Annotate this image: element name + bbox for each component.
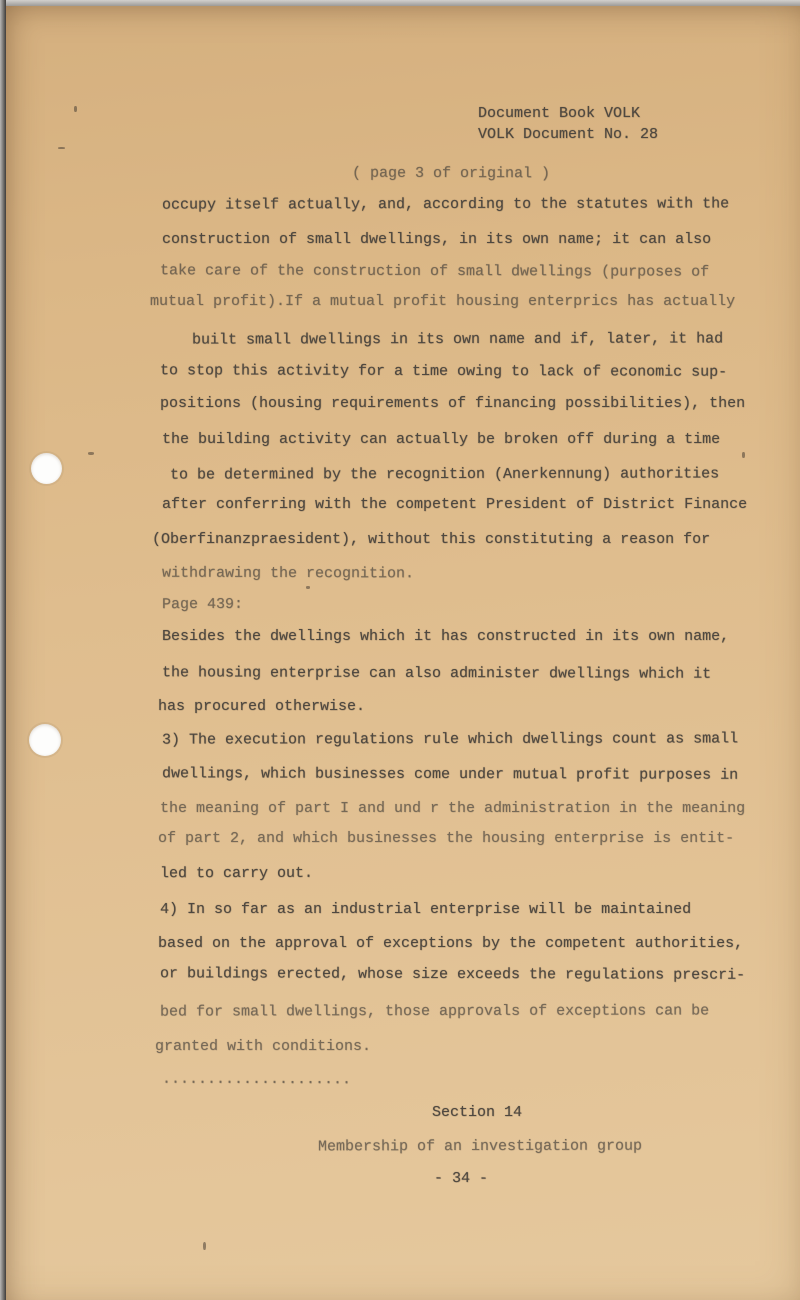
body-line: 4) In so far as an industrial enterprise… bbox=[160, 901, 691, 919]
body-line: to be determined by the recognition (Ane… bbox=[170, 465, 719, 484]
body-line: the building activity can actually be br… bbox=[162, 431, 720, 449]
body-line: the housing enterprise can also administ… bbox=[162, 664, 711, 683]
body-line: granted with conditions. bbox=[155, 1038, 371, 1056]
section-heading: Section 14 bbox=[432, 1104, 522, 1122]
typewritten-text: Document Book VOLKVOLK Document No. 28( … bbox=[0, 0, 800, 1300]
page-note: ( page 3 of original ) bbox=[352, 165, 550, 184]
dotted-separator: ..................... bbox=[162, 1071, 351, 1089]
body-line: mutual profit).If a mutual profit housin… bbox=[150, 293, 735, 311]
body-line: 3) The execution regulations rule which … bbox=[162, 730, 738, 749]
body-line: or buildings erected, whose size exceeds… bbox=[160, 965, 745, 985]
body-line: construction of small dwellings, in its … bbox=[162, 231, 711, 249]
body-line: of part 2, and which businesses the hous… bbox=[158, 830, 734, 848]
scanned-document-page: Document Book VOLKVOLK Document No. 28( … bbox=[0, 0, 800, 1300]
body-line: take care of the construction of small d… bbox=[160, 262, 709, 281]
body-line: based on the approval of exceptions by t… bbox=[158, 935, 743, 953]
page-reference: Page 439: bbox=[162, 596, 243, 614]
body-line: built small dwellings in its own name an… bbox=[192, 330, 723, 349]
body-line: Besides the dwellings which it has const… bbox=[162, 628, 729, 646]
body-line: dwellings, which businesses come under m… bbox=[162, 765, 738, 785]
body-line: positions (housing requirements of finan… bbox=[160, 395, 745, 413]
body-line: the meaning of part I and und r the admi… bbox=[160, 800, 745, 818]
doc-book-title: Document Book VOLK bbox=[478, 105, 640, 123]
body-line: (Oberfinanzpraesident), without this con… bbox=[152, 531, 710, 549]
body-line: has procured otherwise. bbox=[158, 698, 365, 716]
body-line: occupy itself actually, and, according t… bbox=[162, 195, 729, 214]
body-line: after conferring with the competent Pres… bbox=[162, 496, 747, 514]
body-line: bed for small dwellings, those approvals… bbox=[160, 1002, 709, 1021]
doc-number: VOLK Document No. 28 bbox=[478, 126, 658, 144]
body-line: to stop this activity for a time owing t… bbox=[160, 362, 727, 381]
page-number: - 34 - bbox=[434, 1170, 488, 1188]
section-subheading: Membership of an investigation group bbox=[318, 1138, 642, 1157]
body-line: led to carry out. bbox=[160, 865, 313, 883]
body-line: withdrawing the recognition. bbox=[162, 565, 414, 584]
